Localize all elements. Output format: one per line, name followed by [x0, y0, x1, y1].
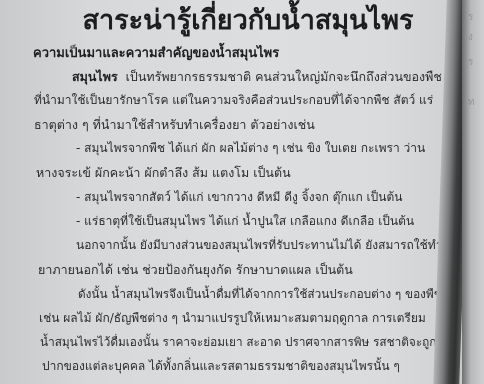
example-animals: - สมุนไพรจากสัตว์ ได้แก่ เขากวาง ดีหมี ด… [76, 188, 402, 207]
paragraph-1-line-2: ที่นำมาใช้เป็นยารักษาโรค แต่ในความจริงคื… [34, 91, 433, 110]
paragraph-2-line-1: นอกจากนั้น ยังมีบางส่วนของสมุนไพรที่รับป… [76, 236, 442, 255]
book-page: สาระน่ารู้เกี่ยวกับน้ำสมุนไพร ความเป็นมา… [0, 0, 452, 384]
example-minerals: - แร่ธาตุที่ใช้เป็นสมุนไพร ได้แก่ น้ำปูน… [76, 212, 414, 231]
paragraph-3-line-3: น้ำสมุนไพรไว้ดื่มเองนั้น ราคาจะย่อมเยา ส… [40, 333, 436, 352]
example-plants-line-1: - สมุนไพรจากพืช ได้แก่ ผัก ผลไม้ต่าง ๆ เ… [76, 139, 425, 158]
paragraph-3-line-1: ดังนั้น น้ำสมุนไพรจึงเป็นน้ำดื่มที่ได้จา… [78, 285, 442, 304]
paragraph-3-line-4: ปากของแต่ละบุคคล ได้ทั้งกลิ่นและรสตามธรร… [42, 357, 400, 376]
adjacent-page: ร ง ร ท [462, 0, 484, 384]
example-plants-line-2: หางจระเข้ ผักคะน้า ผักตำลึง ส้ม แตงโม เป… [36, 163, 291, 183]
paragraph-1-line-1: สมุนไพร เป็นทรัพยากรธรรมชาติ คนส่วนใหญ่ม… [72, 67, 442, 87]
lead-term: สมุนไพร [72, 69, 118, 84]
paragraph-1-line-3: ธาตุต่าง ๆ ที่นำมาใช้สำหรับทำเครื่องยา ต… [34, 115, 315, 135]
paragraph-3-line-2: เช่น ผลไม้ ผัก/ธัญพืชต่าง ๆ นำมาแปรรูปให… [39, 309, 426, 328]
page-title: สาระน่ารู้เกี่ยวกับน้ำสมุนไพร [78, 0, 418, 41]
paragraph-2-line-2: ยาภายนอกได้ เช่น ช่วยป้องกันยุงกัด รักษา… [38, 260, 353, 280]
section-heading: ความเป็นมาและความสำคัญของน้ำสมุนไพร [33, 42, 279, 63]
